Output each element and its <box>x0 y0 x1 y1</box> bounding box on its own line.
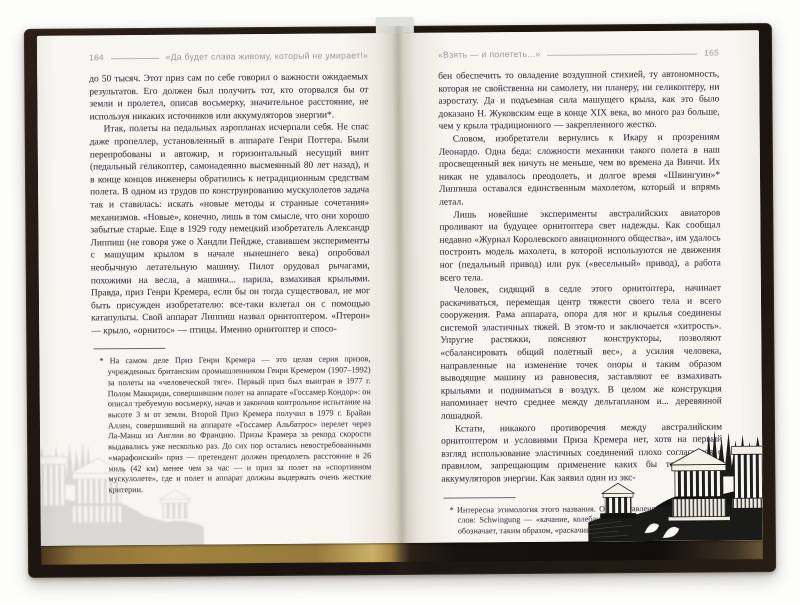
paragraph: Лишь новейшие эксперименты австралийских… <box>439 207 721 285</box>
left-page: 164 «Да будет слава живому, который не у… <box>37 33 402 546</box>
open-book-photo: 164 «Да будет слава живому, который не у… <box>0 0 800 603</box>
paragraph: Итак, полеты на педальных аэропланах исч… <box>90 122 371 338</box>
paragraph: бен обеспечить то овладение воздушной ст… <box>438 68 719 133</box>
paragraph: Кстати, никакого противоречия между авст… <box>441 421 722 486</box>
bookmark-ribbon <box>376 17 414 33</box>
header-rule <box>547 53 697 55</box>
right-footnote-block: * Интересна этимология этого названия. О… <box>442 495 723 537</box>
right-page-header: «Взять — и полететь...» 165 <box>438 44 719 61</box>
right-page-number: 165 <box>704 47 719 57</box>
left-running-title: «Да будет слава живому, который не умира… <box>166 50 369 62</box>
paragraph: Словом, изобретатели вернулись к Икару и… <box>439 131 721 209</box>
footnote-divider <box>93 348 165 350</box>
paragraph: до 50 тысяч. Этот приз сам по себе говор… <box>89 71 368 124</box>
book: 164 «Да будет слава живому, который не у… <box>24 23 776 578</box>
left-footnote-block: * На самом деле Приз Генри Кремера — это… <box>91 347 371 496</box>
header-rule <box>111 57 159 58</box>
left-page-header: 164 «Да будет слава живому, который не у… <box>89 47 368 64</box>
right-footnote-text: * Интересна этимология этого названия. О… <box>442 503 723 537</box>
left-footnote-text: * На самом деле Приз Генри Кремера — это… <box>91 355 371 496</box>
footnote-divider <box>444 497 516 499</box>
left-body-text: до 50 тысяч. Этот приз сам по себе говор… <box>89 71 370 338</box>
right-running-title: «Взять — и полететь...» <box>438 48 540 59</box>
right-body-text: бен обеспечить то овладение воздушной ст… <box>438 68 722 486</box>
right-page: «Взять — и полететь...» 165 бен обеспечи… <box>398 30 763 543</box>
paragraph: Человек, сидящий в седле этого орнитопте… <box>440 283 722 424</box>
left-page-number: 164 <box>89 52 104 62</box>
page-spread: 164 «Да будет слава живому, который не у… <box>37 30 763 546</box>
